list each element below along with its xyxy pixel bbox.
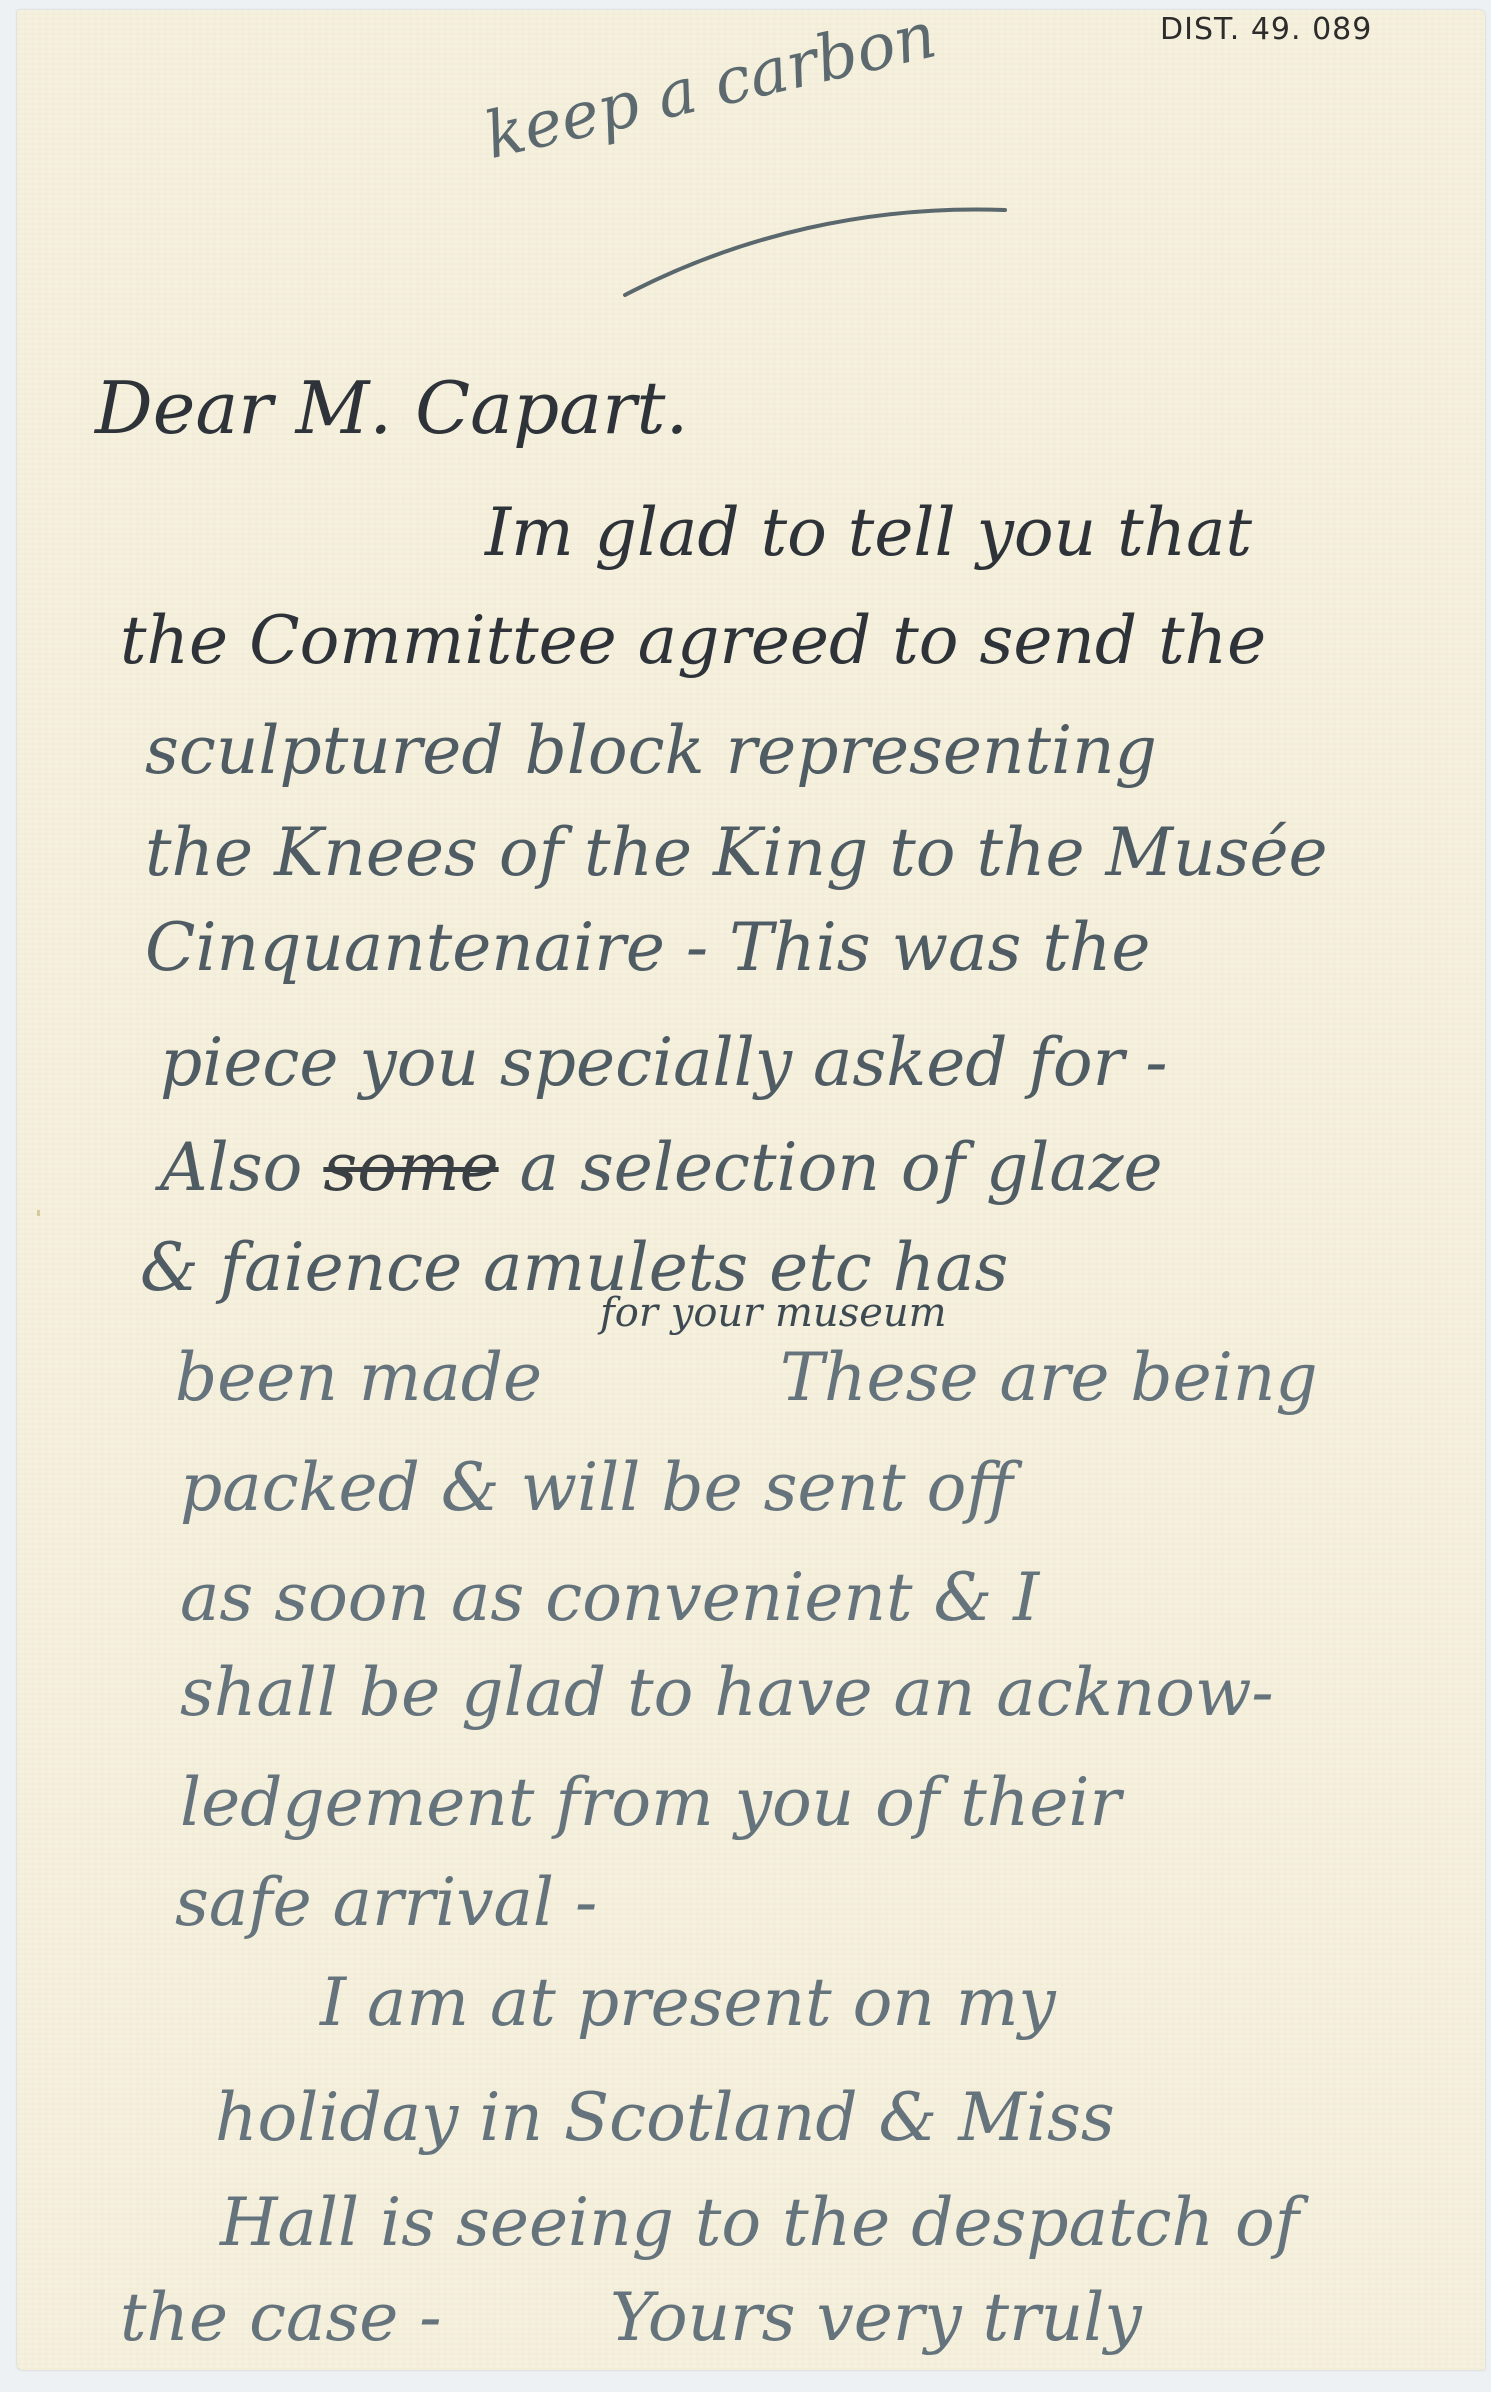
letter-line-18: the case - — [120, 2285, 442, 2351]
letter-line-2: the Committee agreed to send the — [120, 608, 1266, 674]
letter-line-15: I am at present on my — [320, 1970, 1056, 2036]
word-also: Also — [160, 1129, 302, 1206]
letter-line-9b: These are being — [780, 1345, 1318, 1411]
catalog-number: DIST. 49. 089 — [1160, 12, 1372, 47]
letter-line-10: packed & will be sent off — [180, 1455, 1013, 1521]
letter-line-13: ledgement from you of their — [180, 1770, 1121, 1836]
letter-line-7: Also some a selection of glaze — [160, 1135, 1163, 1201]
salutation: Dear M. Capart. — [95, 372, 688, 444]
struck-word: some — [323, 1129, 498, 1206]
letter-line-6: piece you specially asked for - — [160, 1030, 1168, 1096]
closing: Yours very truly — [610, 2285, 1142, 2351]
letter-line-12: shall be glad to have an acknow- — [180, 1660, 1274, 1726]
annotation-underline — [620, 195, 1010, 305]
letter-line-14: safe arrival - — [175, 1870, 597, 1936]
interlinear-insert: for your museum — [600, 1290, 947, 1336]
letter-line-17: Hall is seeing to the despatch of — [220, 2190, 1299, 2256]
word-selection: a selection of glaze — [520, 1129, 1163, 1206]
letter-line-5: Cinquantenaire - This was the — [145, 915, 1150, 981]
letter-line-11: as soon as convenient & I — [180, 1565, 1039, 1631]
letter-line-16: holiday in Scotland & Miss — [215, 2085, 1115, 2151]
letter-line-4: the Knees of the King to the Musée — [145, 820, 1328, 886]
letter-line-1: Im glad to tell you that — [485, 500, 1252, 566]
letter-line-9a: been made — [175, 1345, 542, 1411]
paper-mark — [37, 1210, 40, 1216]
letter-line-3: sculptured block representing — [145, 718, 1157, 784]
